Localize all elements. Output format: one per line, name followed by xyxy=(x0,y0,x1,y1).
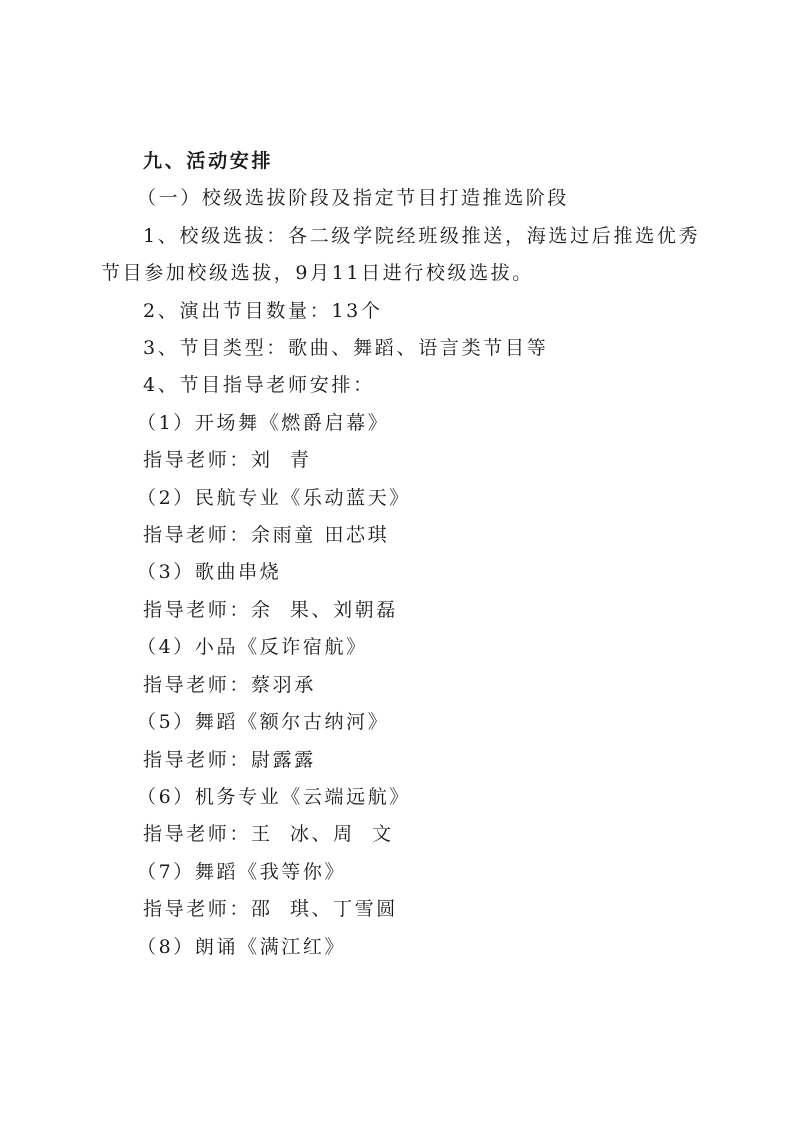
program-teacher: 指导老师：余雨童 田芯琪 xyxy=(101,517,691,554)
paragraph-item-4: 4、节目指导老师安排： xyxy=(101,367,691,404)
paragraph-item-2: 2、演出节目数量：13个 xyxy=(101,293,691,330)
program-title: （2）民航专业《乐动蓝天》 xyxy=(101,480,691,517)
program-title: （5）舞蹈《额尔古纳河》 xyxy=(101,704,691,741)
section-heading: 九、活动安排 xyxy=(101,143,691,180)
document-page: 九、活动安排 （一）校级选拔阶段及指定节目打造推选阶段 1、校级选拔：各二级学院… xyxy=(0,0,793,1122)
program-title: （3）歌曲串烧 xyxy=(101,554,691,591)
subsection-heading: （一）校级选拔阶段及指定节目打造推选阶段 xyxy=(101,180,691,217)
program-title: （1）开场舞《燃爵启幕》 xyxy=(101,405,691,442)
paragraph-item-1-line-2: 节目参加校级选拔，9月11日进行校级选拔。 xyxy=(101,255,691,292)
program-teacher: 指导老师：余 果、刘朝磊 xyxy=(101,592,691,629)
paragraph-item-1-line-1: 1、校级选拔：各二级学院经班级推送，海选过后推选优秀 xyxy=(101,218,691,255)
paragraph-item-3: 3、节目类型：歌曲、舞蹈、语言类节目等 xyxy=(101,330,691,367)
program-teacher: 指导老师：邵 琪、丁雪圆 xyxy=(101,891,691,928)
program-teacher: 指导老师：王 冰、周 文 xyxy=(101,816,691,853)
program-title: （7）舞蹈《我等你》 xyxy=(101,854,691,891)
program-title: （6）机务专业《云端远航》 xyxy=(101,779,691,816)
document-body: 九、活动安排 （一）校级选拔阶段及指定节目打造推选阶段 1、校级选拔：各二级学院… xyxy=(101,143,691,966)
program-title: （8）朗诵《满江红》 xyxy=(101,929,691,966)
program-teacher: 指导老师：蔡羽承 xyxy=(101,667,691,704)
program-title: （4）小品《反诈宿航》 xyxy=(101,629,691,666)
program-teacher: 指导老师：刘 青 xyxy=(101,442,691,479)
program-teacher: 指导老师：尉露露 xyxy=(101,742,691,779)
